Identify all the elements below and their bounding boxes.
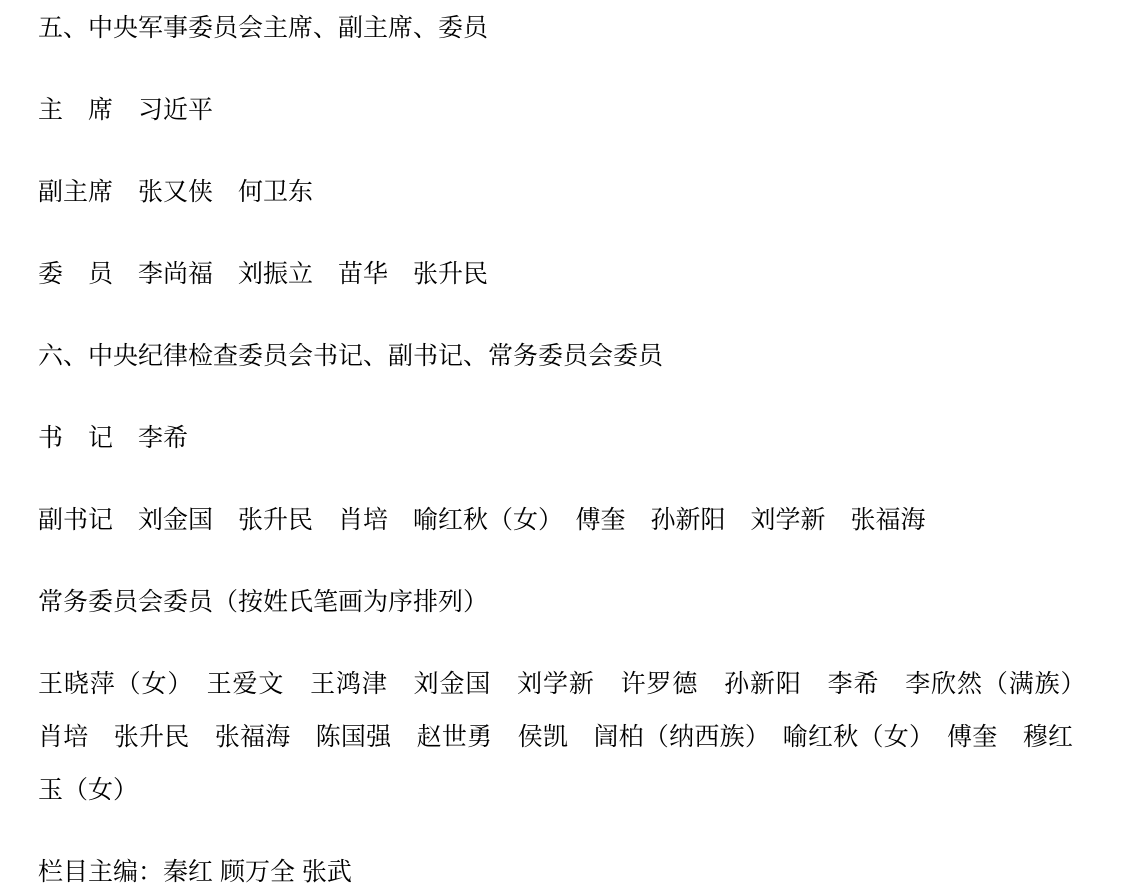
ccdi-deputy-secretaries-line: 副书记 刘金国 张升民 肖培 喻红秋（女） 傅奎 孙新阳 刘学新 张福海 [38,494,1073,547]
ccdi-standing-committee-heading: 常务委员会委员（按姓氏笔画为序排列） [38,576,1073,629]
cmc-members-line: 委 员 李尚福 刘振立 苗华 张升民 [38,248,1073,301]
document-body: 五、中央军事委员会主席、副主席、委员 主 席 习近平 副主席 张又侠 何卫东 委… [0,0,1127,892]
cmc-chairman-line: 主 席 习近平 [38,84,1073,137]
column-editors-line: 栏目主编：秦红 顾万全 张武 [38,846,1073,892]
ccdi-secretary-line: 书 记 李希 [38,412,1073,465]
ccdi-standing-committee-members-line: 王晓萍（女） 王爱文 王鸿津 刘金国 刘学新 许罗德 孙新阳 李希 李欣然（满族… [38,658,1073,817]
section-cmc-heading: 五、中央军事委员会主席、副主席、委员 [38,2,1073,55]
cmc-vice-chairmen-line: 副主席 张又侠 何卫东 [38,166,1073,219]
section-ccdi-heading: 六、中央纪律检查委员会书记、副书记、常务委员会委员 [38,330,1073,383]
